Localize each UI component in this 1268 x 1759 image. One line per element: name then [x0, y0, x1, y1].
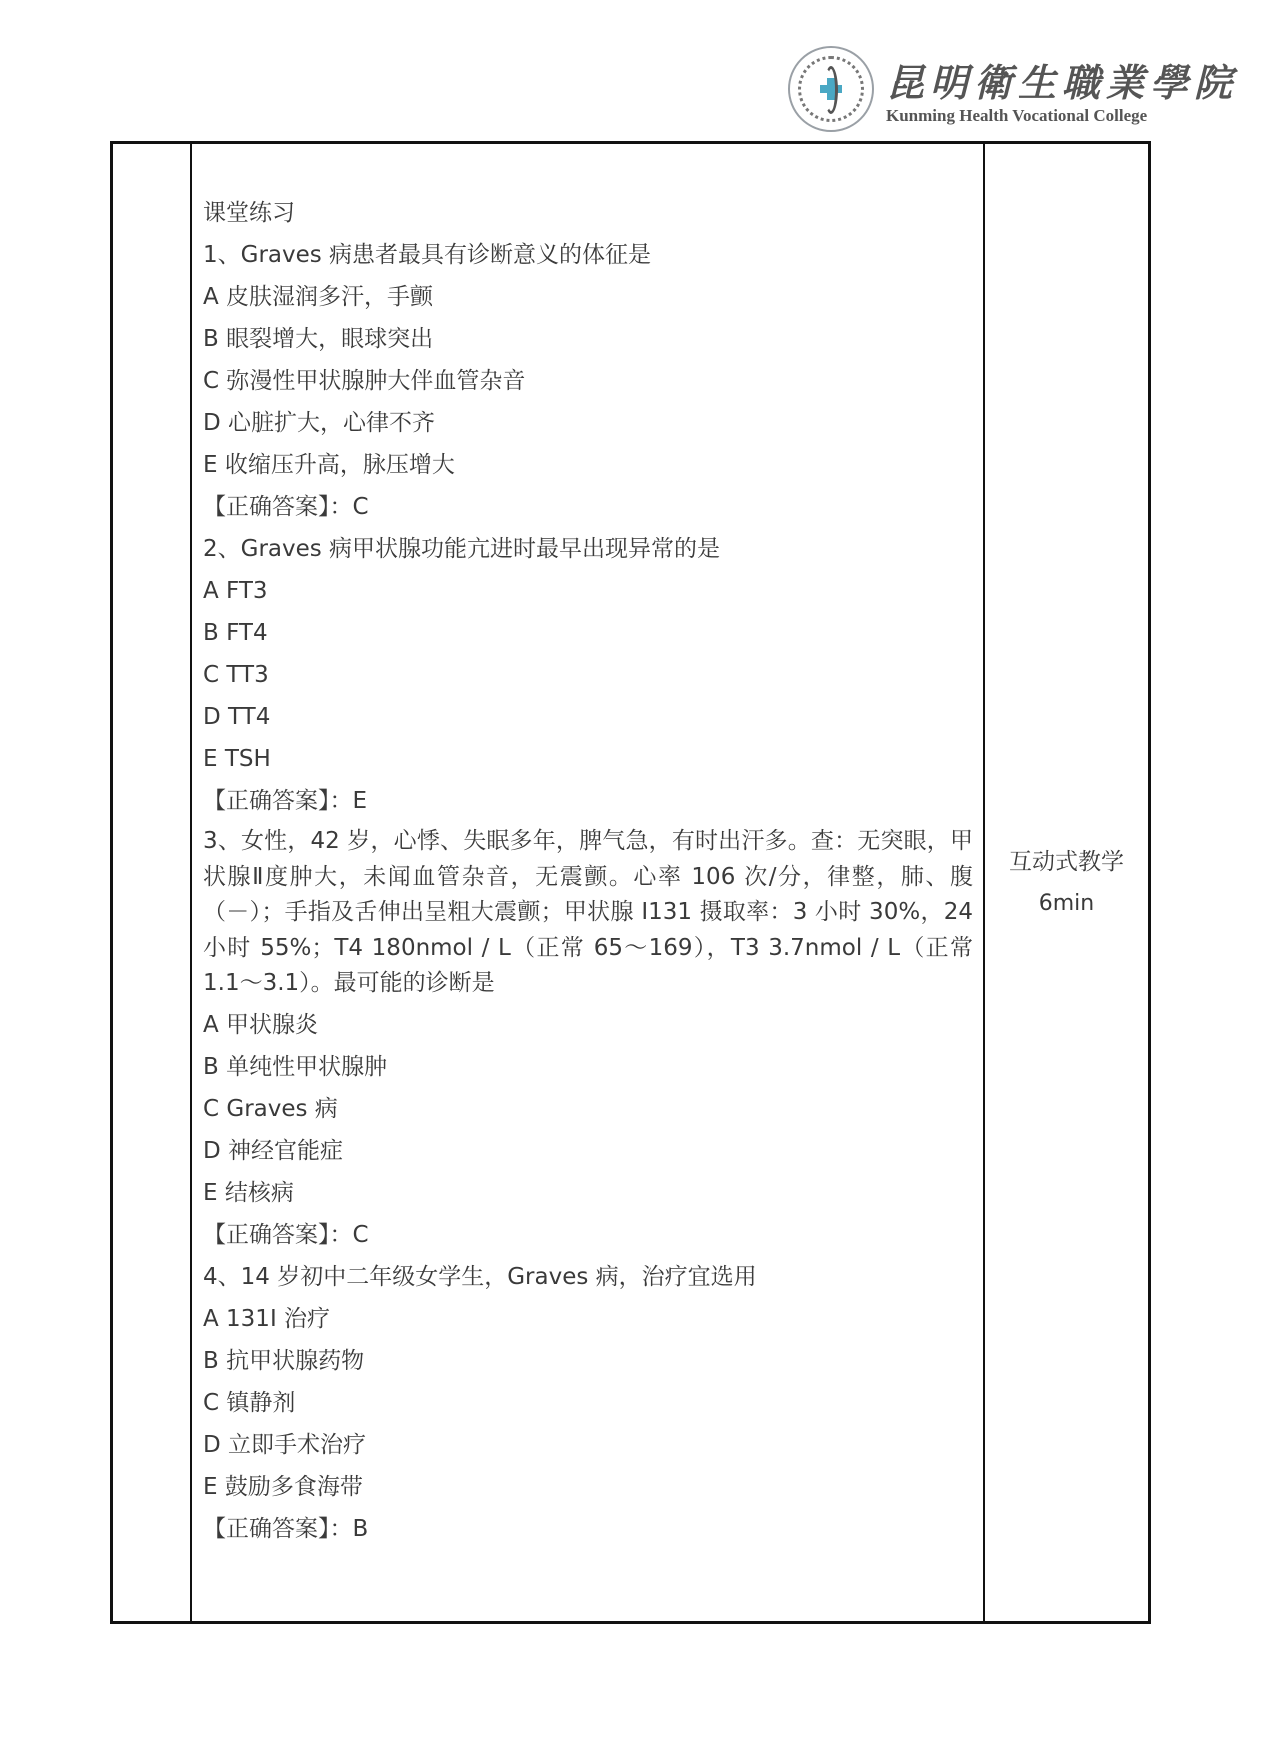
question-3: 3、女性，42 岁，心悸、失眠多年，脾气急，有时出汗多。查：无突眼，甲状腺Ⅱ度肿… [203, 824, 973, 1256]
option-c: C Graves 病 [203, 1088, 973, 1130]
question-1: 1、Graves 病患者最具有诊断意义的体征是 A 皮肤湿润多汗，手颤 B 眼裂… [203, 234, 973, 528]
option-e: E 鼓励多食海带 [203, 1466, 973, 1508]
college-emblem-icon [788, 46, 874, 132]
question-stem: 3、女性，42 岁，心悸、失眠多年，脾气急，有时出汗多。查：无突眼，甲状腺Ⅱ度肿… [203, 824, 973, 1002]
option-e: E TSH [203, 738, 973, 780]
option-c: C 弥漫性甲状腺肿大伴血管杂音 [203, 360, 973, 402]
question-stem: 2、Graves 病甲状腺功能亢进时最早出现异常的是 [203, 528, 973, 570]
option-b: B 抗甲状腺药物 [203, 1340, 973, 1382]
question-4: 4、14 岁初中二年级女学生，Graves 病，治疗宜选用 A 131I 治疗 … [203, 1256, 973, 1550]
serpent-icon [824, 66, 838, 114]
duration: 6min [985, 883, 1148, 925]
lesson-table: 课堂练习 1、Graves 病患者最具有诊断意义的体征是 A 皮肤湿润多汗，手颤… [110, 141, 1151, 1624]
correct-answer: 【正确答案】：C [203, 486, 973, 528]
option-d: D 立即手术治疗 [203, 1424, 973, 1466]
option-b: B 眼裂增大，眼球突出 [203, 318, 973, 360]
empty-left-cell [112, 143, 192, 1623]
correct-answer: 【正确答案】：E [203, 780, 973, 822]
option-d: D 心脏扩大，心律不齐 [203, 402, 973, 444]
option-b: B 单纯性甲状腺肿 [203, 1046, 973, 1088]
option-c: C TT3 [203, 654, 973, 696]
option-b: B FT4 [203, 612, 973, 654]
method-cell: 互动式教学 6min [984, 143, 1150, 1623]
option-d: D TT4 [203, 696, 973, 738]
college-name-en: Kunming Health Vocational College [886, 106, 1147, 126]
exercise-cell: 课堂练习 1、Graves 病患者最具有诊断意义的体征是 A 皮肤湿润多汗，手颤… [191, 143, 984, 1623]
table-row: 课堂练习 1、Graves 病患者最具有诊断意义的体征是 A 皮肤湿润多汗，手颤… [112, 143, 1150, 1623]
option-d: D 神经官能症 [203, 1130, 973, 1172]
correct-answer: 【正确答案】：C [203, 1214, 973, 1256]
page-header: 昆明衛生職業學院 Kunming Health Vocational Colle… [788, 46, 1178, 134]
option-a: A 皮肤湿润多汗，手颤 [203, 276, 973, 318]
option-e: E 收缩压升高，脉压增大 [203, 444, 973, 486]
correct-answer: 【正确答案】：B [203, 1508, 973, 1550]
question-stem: 1、Graves 病患者最具有诊断意义的体征是 [203, 234, 973, 276]
question-2: 2、Graves 病甲状腺功能亢进时最早出现异常的是 A FT3 B FT4 C… [203, 528, 973, 822]
option-a: A 131I 治疗 [203, 1298, 973, 1340]
option-a: A FT3 [203, 570, 973, 612]
section-title: 课堂练习 [203, 192, 973, 234]
college-name-cn: 昆明衛生職業學院 [886, 52, 1238, 107]
option-c: C 镇静剂 [203, 1382, 973, 1424]
option-e: E 结核病 [203, 1172, 973, 1214]
question-stem: 4、14 岁初中二年级女学生，Graves 病，治疗宜选用 [203, 1256, 973, 1298]
teaching-method: 互动式教学 [985, 841, 1148, 883]
option-a: A 甲状腺炎 [203, 1004, 973, 1046]
